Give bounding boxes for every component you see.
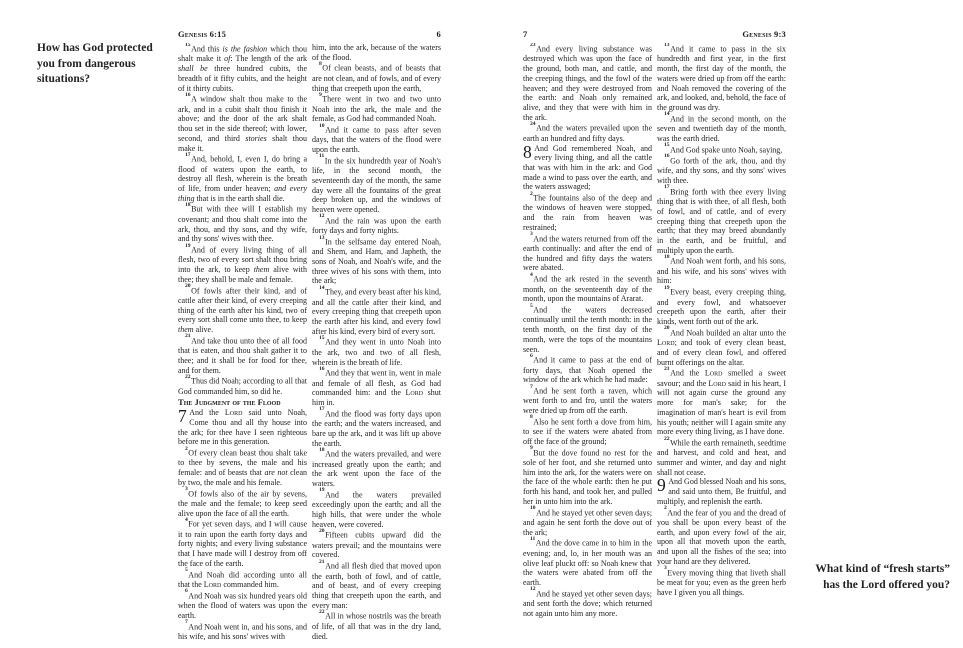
left-margin-question: How has God protected you from dangerous…: [37, 41, 169, 88]
verse-number: 20: [185, 283, 191, 289]
text-column-2: him, into the ark, because of the waters…: [312, 43, 441, 641]
verse-number: 2: [530, 191, 533, 197]
verse: 18But with thee will I establish my cove…: [178, 203, 307, 244]
verse: 12And he stayed yet other seven days; an…: [523, 588, 652, 619]
verse-number: 8: [319, 61, 322, 67]
verse-number: 22: [664, 436, 670, 442]
left-page-number: 6: [437, 29, 441, 39]
verse: 3And the waters returned from off the ea…: [523, 233, 652, 274]
verse: 2And the fear of you and the dread of yo…: [657, 507, 786, 567]
verse: 19Every beast, every creeping thing, and…: [657, 286, 786, 327]
verse-number: 8: [530, 414, 533, 420]
verse: 17And the flood was forty days upon the …: [312, 408, 441, 449]
verse-number: 5: [185, 567, 188, 573]
verse-number: 21: [185, 333, 191, 339]
section-heading: The Judgment of the Flood: [178, 396, 307, 408]
verse-number: 2: [664, 505, 667, 511]
right-running-title: Genesis 9:3: [742, 29, 786, 39]
verse-number: 11: [319, 153, 325, 159]
verse: 19And of every living thing of all flesh…: [178, 244, 307, 285]
verse: 8Of clean beasts, and of beasts that are…: [312, 62, 441, 93]
verse-number: 16: [185, 92, 191, 98]
verse-number: 17: [664, 184, 670, 190]
verse-number: 15: [664, 142, 670, 148]
verse-number: 22: [185, 374, 191, 380]
verse-number: 13: [664, 43, 670, 48]
verse: 15And this is the fashion which thou sha…: [178, 43, 307, 93]
verse: 15And they went in unto Noah into the ar…: [312, 336, 441, 367]
verse-number: 21: [319, 559, 325, 565]
verse-number: 14: [319, 285, 325, 291]
verse-number: 23: [530, 43, 536, 48]
verse-number: 6: [530, 353, 533, 359]
verse: 22All in whose nostrils was the breath o…: [312, 610, 441, 641]
right-margin-question: What kind of “fresh starts” has the Lord…: [808, 562, 950, 593]
chapter-start: 9And God blessed Noah and his sons, and …: [657, 477, 786, 506]
verse: 9But the dove found no rest for the sole…: [523, 447, 652, 507]
verse-number: 20: [664, 325, 670, 331]
verse: 5And Noah did according unto all that th…: [178, 569, 307, 590]
verse-number: 3: [530, 231, 533, 237]
chapter-number: 9: [657, 477, 668, 494]
verse-number: 19: [319, 487, 325, 493]
verse-number: 10: [319, 123, 325, 129]
verse-number: 3: [185, 486, 188, 492]
verse: 3Of fowls also of the air by sevens, the…: [178, 488, 307, 519]
verse: 7And Noah went in, and his sons, and his…: [178, 621, 307, 642]
verse-number: 16: [664, 153, 670, 159]
verse: 20Of fowls after their kind, and of catt…: [178, 285, 307, 335]
text-column-1: 15And this is the fashion which thou sha…: [178, 43, 307, 641]
verse: 22Thus did Noah; according to all that G…: [178, 375, 307, 396]
verse: 22While the earth remaineth, seedtime an…: [657, 437, 786, 478]
verse-number: 4: [530, 272, 533, 278]
verse-number: 2: [185, 446, 188, 452]
verse-number: 4: [185, 517, 188, 523]
verse-number: 17: [319, 406, 325, 412]
chapter-number: 7: [178, 408, 189, 425]
verse: 20Fifteen cubits upward did the waters p…: [312, 529, 441, 560]
verse: 18And Noah went forth, and his sons, and…: [657, 255, 786, 286]
verse: 21And take thou unto thee of all food th…: [178, 335, 307, 376]
verse-number: 15: [319, 335, 325, 341]
verse: 7And he sent forth a raven, which went f…: [523, 385, 652, 416]
verse-number: 22: [319, 609, 325, 615]
verse: 17Bring forth with thee every living thi…: [657, 186, 786, 256]
verse: 11And the dove came in to him in the eve…: [523, 537, 652, 587]
verse-number: 18: [185, 202, 191, 208]
verse-number: 3: [664, 565, 667, 571]
verse: 10And it came to pass after seven days, …: [312, 124, 441, 155]
left-page-header: Genesis 6:15 6: [178, 29, 441, 39]
verse-number: 9: [530, 445, 533, 451]
verse-number: 9: [319, 92, 322, 98]
verse-number: 12: [530, 586, 536, 592]
verse: 23And every living substance was destroy…: [523, 43, 652, 122]
chapter-number: 8: [523, 144, 534, 161]
chapter-start: 8And God remembered Noah, and every livi…: [523, 144, 652, 193]
verse: 5And the waters decreased continually un…: [523, 304, 652, 354]
verse: 11In the six hundredth year of Noah's li…: [312, 155, 441, 215]
verse: 16And they that went in, went in male an…: [312, 367, 441, 408]
verse-number: 5: [530, 303, 533, 309]
verse: him, into the ark, because of the waters…: [312, 43, 441, 62]
verse: 3Every moving thing that liveth shall be…: [657, 567, 786, 598]
verse: 6And Noah was six hundred years old when…: [178, 590, 307, 621]
verse-number: 12: [319, 213, 325, 219]
right-page-number: 7: [523, 29, 527, 39]
verse-number: 10: [530, 505, 536, 511]
verse: 14And in the second month, on the seven …: [657, 113, 786, 144]
verse-number: 20: [319, 528, 325, 534]
verse: 20And Noah builded an altar unto the Lor…: [657, 327, 786, 368]
verse: 14They, and every beast after his kind, …: [312, 286, 441, 336]
verse: 16Go forth of the ark, thou, and thy wif…: [657, 155, 786, 186]
verse-number: 21: [664, 366, 670, 372]
verse: 21And all flesh died that moved upon the…: [312, 560, 441, 610]
right-page-header: 7 Genesis 9:3: [523, 29, 786, 39]
text-column-3: 23And every living substance was destroy…: [523, 43, 652, 641]
verse: 4And the ark rested in the seventh month…: [523, 273, 652, 304]
verse: 13In the selfsame day entered Noah, and …: [312, 236, 441, 286]
verse: 19And the waters prevailed exceedingly u…: [312, 489, 441, 530]
verse-number: 13: [319, 235, 325, 241]
verse: 8Also he sent forth a dove from him, to …: [523, 416, 652, 447]
verse: 2Of every clean beast thou shalt take to…: [178, 447, 307, 488]
verse: 18And the waters prevailed, and were inc…: [312, 448, 441, 489]
verse: 15And God spake unto Noah, saying,: [657, 144, 786, 155]
verse-number: 18: [319, 447, 325, 453]
verse-number: 17: [185, 152, 191, 158]
verse-number: 15: [185, 43, 191, 48]
verse: 12And the rain was upon the earth forty …: [312, 215, 441, 236]
verse-number: 6: [185, 588, 188, 594]
chapter-start: 7And the Lord said unto Noah, Come thou …: [178, 408, 307, 447]
verse-number: 16: [319, 366, 325, 372]
verse: 4For yet seven days, and I will cause it…: [178, 518, 307, 568]
verse: 21And the Lord smelled a sweet savour; a…: [657, 367, 786, 437]
verse: 10And he stayed yet other seven days; an…: [523, 507, 652, 538]
verse: 9There went in two and two unto Noah int…: [312, 93, 441, 124]
verse-number: 11: [530, 536, 536, 542]
verse-number: 7: [530, 384, 533, 390]
verse-number: 14: [664, 111, 670, 117]
left-running-title: Genesis 6:15: [178, 29, 226, 39]
verse-number: 19: [185, 243, 191, 249]
verse: 24And the waters prevailed upon the eart…: [523, 122, 652, 143]
verse: 6And it came to pass at the end of forty…: [523, 354, 652, 385]
verse: 13And it came to pass in the six hundred…: [657, 43, 786, 113]
verse-number: 18: [664, 254, 670, 260]
verse: 17And, behold, I, even I, do bring a flo…: [178, 153, 307, 203]
verse: 2The fountains also of the deep and the …: [523, 192, 652, 233]
text-column-4: 13And it came to pass in the six hundred…: [657, 43, 786, 641]
verse-number: 24: [530, 121, 536, 127]
verse-number: 7: [185, 619, 188, 625]
verse: 16A window shalt thou make to the ark, a…: [178, 93, 307, 153]
verse-number: 19: [664, 285, 670, 291]
